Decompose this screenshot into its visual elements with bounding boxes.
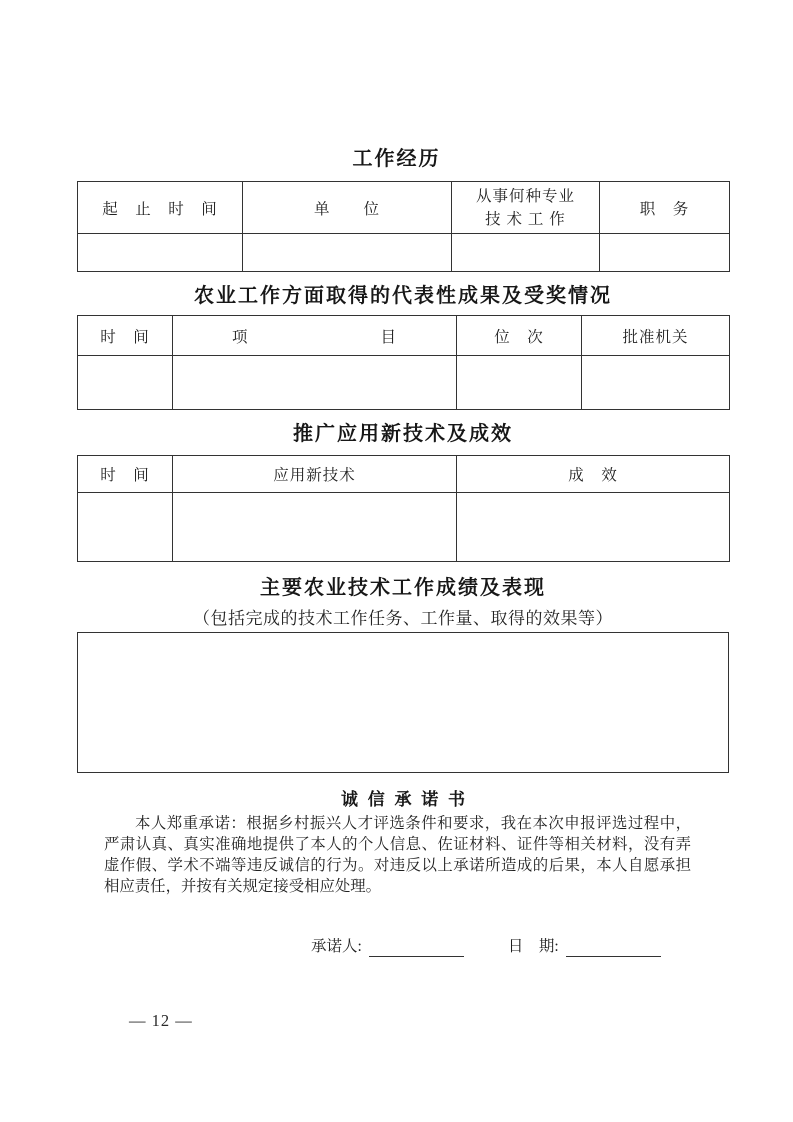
performance-entry-box bbox=[77, 632, 729, 773]
content-area: 起 止 时 间 单 位 从事何种专业 技 术 工 作 职 务 农业工作方面取得的… bbox=[77, 181, 729, 957]
work-history-table: 起 止 时 间 单 位 从事何种专业 技 术 工 作 职 务 bbox=[77, 181, 730, 272]
pledge-line: 虚作假、学术不端等违反诚信的行为。对违反以上承诺所造成的后果，本人自愿承担 bbox=[104, 855, 691, 876]
performance-subtitle: （包括完成的技术工作任务、工作量、取得的效果等） bbox=[77, 609, 729, 628]
empty-cell bbox=[243, 234, 452, 272]
date-label: 日 期: bbox=[508, 936, 559, 957]
col-header-start-end-time: 起 止 时 间 bbox=[78, 182, 243, 234]
section-title-promotion: 推广应用新技术及成效 bbox=[77, 422, 729, 446]
empty-cell bbox=[457, 493, 730, 562]
col-header-time: 时 间 bbox=[78, 316, 173, 356]
page-number: — 12 — bbox=[129, 1011, 193, 1031]
col-header-position: 职 务 bbox=[600, 182, 730, 234]
col-header-results: 成 效 bbox=[457, 456, 730, 493]
col-header-time: 时 间 bbox=[78, 456, 173, 493]
empty-cell bbox=[582, 356, 730, 410]
empty-cell bbox=[78, 493, 173, 562]
pledge-title: 诚 信 承 诺 书 bbox=[77, 789, 729, 810]
col-header-approving-authority: 批准机关 bbox=[582, 316, 730, 356]
achievements-table: 时 间 项 目 位 次 批准机关 bbox=[77, 315, 730, 410]
date-blank-line bbox=[566, 939, 661, 957]
pledge-line: 本人郑重承诺：根据乡村振兴人才评选条件和要求，我在本次申报评选过程中， bbox=[104, 813, 691, 834]
empty-cell bbox=[452, 234, 600, 272]
section-title-work-history: 工作经历 bbox=[0, 0, 793, 171]
col-header-professional-tech-work-line1: 从事何种专业 bbox=[452, 185, 599, 208]
empty-cell bbox=[600, 234, 730, 272]
empty-cell bbox=[78, 234, 243, 272]
col-header-professional-tech-work-line2: 技 术 工 作 bbox=[452, 208, 599, 231]
pledge-line: 相应责任，并按有关规定接受相应处理。 bbox=[104, 876, 691, 897]
signer-blank-line bbox=[369, 939, 464, 957]
empty-cell bbox=[173, 356, 457, 410]
empty-cell bbox=[78, 356, 173, 410]
promotion-table: 时 间 应用新技术 成 效 bbox=[77, 455, 730, 562]
section-title-achievements: 农业工作方面取得的代表性成果及受奖情况 bbox=[77, 284, 729, 308]
document-page: 工作经历 起 止 时 间 单 位 从事何种专业 技 术 工 作 职 务 农业工作… bbox=[0, 0, 793, 1122]
col-header-rank: 位 次 bbox=[457, 316, 582, 356]
pledge-line: 严肃认真、真实准确地提供了本人的个人信息、佐证材料、证件等相关材料，没有弄 bbox=[104, 834, 691, 855]
pledge-body: 本人郑重承诺：根据乡村振兴人才评选条件和要求，我在本次申报评选过程中， 严肃认真… bbox=[104, 813, 691, 897]
empty-cell bbox=[173, 493, 457, 562]
section-title-performance: 主要农业技术工作成绩及表现 bbox=[77, 576, 729, 600]
col-header-professional-tech-work: 从事何种专业 技 术 工 作 bbox=[452, 182, 600, 234]
col-header-unit: 单 位 bbox=[243, 182, 452, 234]
signer-label: 承诺人: bbox=[311, 936, 362, 957]
signature-row: 承诺人: 日 期: bbox=[77, 936, 729, 957]
col-header-project: 项 目 bbox=[173, 316, 457, 356]
col-header-new-tech: 应用新技术 bbox=[173, 456, 457, 493]
empty-cell bbox=[457, 356, 582, 410]
